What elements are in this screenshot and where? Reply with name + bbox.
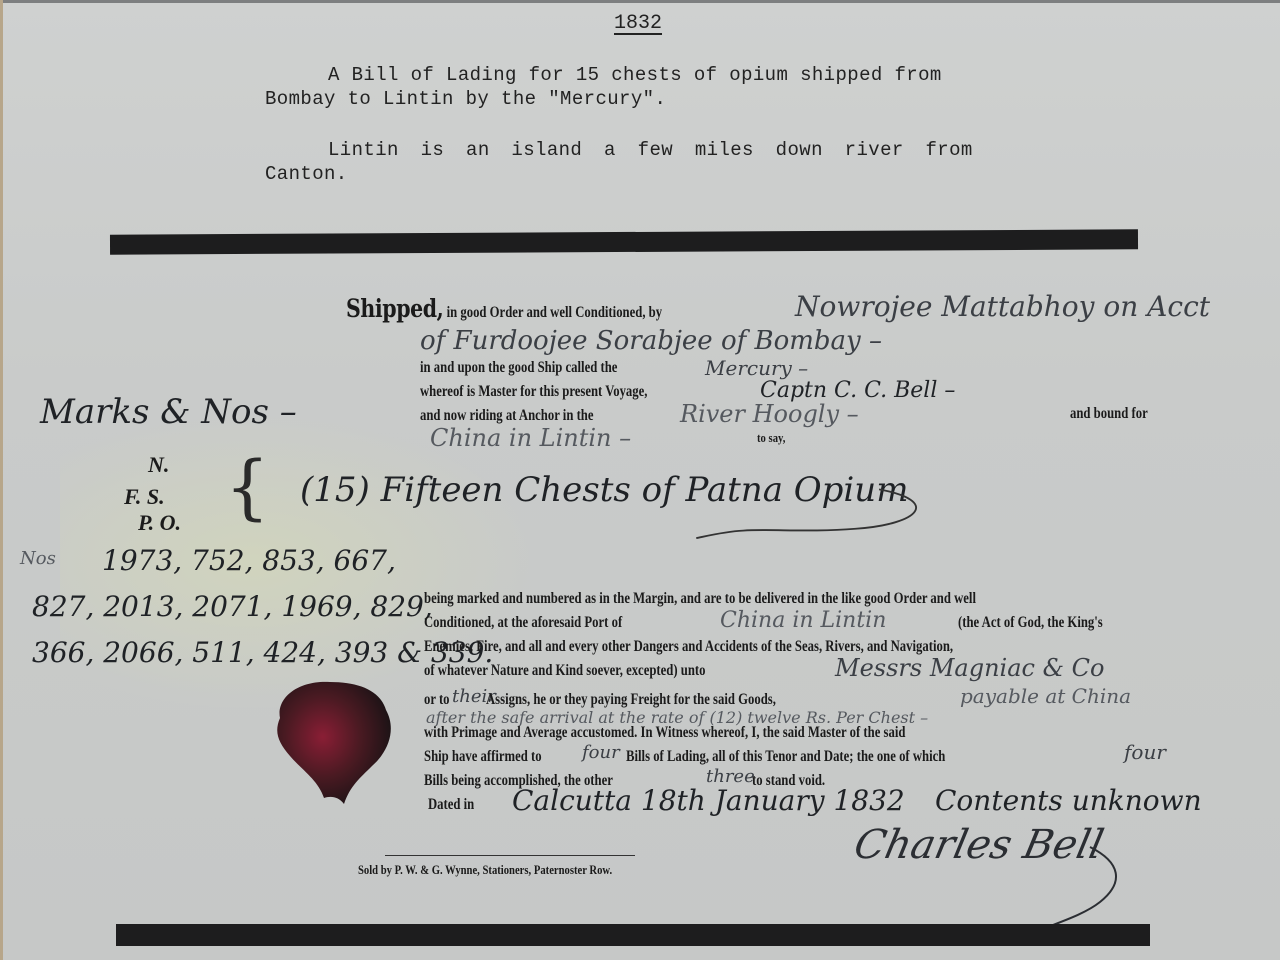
bills-count-2: four [1124,740,1166,764]
numbers-line-2: 827, 2013, 2071, 1969, 829, [32,590,433,623]
mark-po: P. O. [138,510,181,536]
brace-icon: { [225,452,270,522]
wax-seal-icon [268,670,408,810]
body-affirmed: Ship have affirmed to [424,748,542,766]
mount-bar-top [110,229,1138,254]
body-line-2: Conditioned, at the aforesaid Port of [424,614,622,632]
body-line-2b: (the Act of God, the King's [958,614,1103,632]
body-dated-in: Dated in [428,796,474,814]
consignee: Messrs Magniac & Co [835,654,1104,682]
body-assigns: Assigns, he or they paying Freight for t… [486,691,776,709]
body-line-1: being marked and numbered as in the Marg… [424,590,976,608]
printed-by: in good Order and well Conditioned, by [447,304,663,321]
mark-n: N. [148,452,169,478]
ship-name: Mercury – [705,356,808,380]
printed-ship-called: in and upon the good Ship called the [420,359,617,377]
shipped-heading: Shipped, [346,294,443,323]
caption-paragraph-2: Lintin is an island a few miles down riv… [265,138,1005,186]
shipped-line: Shipped, in good Order and well Conditio… [346,294,662,323]
port-handwritten: China in Lintin [720,608,886,633]
sold-by-imprint: Sold by P. W. & G. Wynne, Stationers, Pa… [358,863,612,878]
caption-paragraph-1: A Bill of Lading for 15 chests of opium … [265,63,1005,111]
caption-year: 1832 [614,12,662,35]
bills-count: four [582,742,620,763]
mount-bar-bottom [116,924,1150,946]
contents-note: Contents unknown [935,784,1202,817]
shipper-name: Nowrojee Mattabhoy on Acct [795,290,1210,323]
caption-p2-line1: Lintin is an island a few miles down riv… [328,139,973,161]
printed-to-say: to say, [757,430,785,446]
caption-p1-line2: Bombay to Lintin by the "Mercury". [265,88,666,110]
body-line-4: of whatever Nature and Kind soever, exce… [424,662,705,680]
flourish-icon [640,480,940,540]
caption-p2-line2: Canton. [265,163,348,185]
typed-caption: 1832 A Bill of Lading for 15 chests of o… [0,0,1280,220]
sold-by-rule [385,855,635,856]
mark-fs: F. S. [124,484,165,510]
body-line-primage: with Primage and Average accustomed. In … [424,724,905,742]
caption-p1-line1: A Bill of Lading for 15 chests of opium … [328,64,942,86]
bill-of-lading: Shipped, in good Order and well Conditio… [0,252,1280,924]
signature-flourish-icon [1030,842,1130,932]
numbers-line-1: 1973, 752, 853, 667, [102,544,396,577]
printed-master: whereof is Master for this present Voyag… [420,383,647,401]
shipper-account: of Furdoojee Sorabjee of Bombay – [420,326,882,356]
printed-anchor: and now riding at Anchor in the [420,407,594,425]
destination: China in Lintin – [430,424,631,452]
body-bills-of-lading: Bills of Lading, all of this Tenor and D… [626,748,945,766]
printed-bound-for: and bound for [1070,405,1148,423]
marks-heading: Marks & Nos – [40,392,297,432]
body-or-to: or to [424,691,450,709]
anchor-place: River Hoogly – [680,400,859,428]
dated-place-date: Calcutta 18th January 1832 [512,784,905,817]
numbers-prefix: Nos [20,548,56,569]
freight-note-1: payable at China [960,684,1131,708]
